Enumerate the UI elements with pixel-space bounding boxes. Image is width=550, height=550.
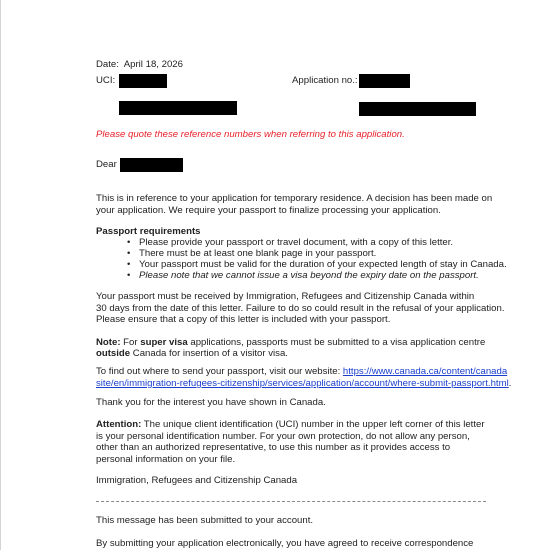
address-redaction [359, 102, 476, 116]
deadline-line-2: 30 days from the date of this letter. Fa… [96, 303, 505, 315]
note-line-2: outside Canada for insertion of a visito… [96, 348, 288, 360]
requirement-item: •Please provide your passport or travel … [96, 237, 507, 248]
deadline-line-3: Please ensure that a copy of this letter… [96, 314, 390, 326]
application-number-label: Application no.: [292, 75, 358, 87]
note-line-1: Note: For super visa applications, passp… [96, 337, 485, 349]
attention-label: Attention: [96, 419, 141, 430]
website-line-2: site/en/immigration-refugees-citizenship… [96, 378, 511, 390]
uci-redaction [119, 74, 167, 88]
salutation: Dear [96, 159, 117, 171]
passport-submission-link-continued[interactable]: site/en/immigration-refugees-citizenship… [96, 378, 509, 389]
recipient-redaction [120, 158, 183, 172]
dashed-separator [96, 501, 486, 502]
note-label: Note: [96, 337, 121, 348]
requirement-item: •Please note that we cannot issue a visa… [96, 270, 507, 281]
bullet-icon: • [127, 270, 130, 281]
letter-date: Date: April 18, 2026 [96, 59, 183, 71]
requirements-heading: Passport requirements [96, 226, 201, 238]
requirement-item: •Your passport must be valid for the dur… [96, 259, 507, 270]
passport-submission-link[interactable]: https://www.canada.ca/content/canada [343, 366, 507, 377]
deadline-line-1: Your passport must be received by Immigr… [96, 291, 474, 303]
page-left-border [0, 0, 1, 550]
attention-paragraph: Attention: The unique client identificat… [96, 419, 488, 465]
date-value: April 18, 2026 [124, 59, 183, 70]
reference-notice: Please quote these reference numbers whe… [96, 129, 405, 141]
signature: Immigration, Refugees and Citizenship Ca… [96, 475, 297, 487]
intro-paragraph: This is in reference to your application… [96, 193, 496, 216]
website-line-1: To find out where to send your passport,… [96, 366, 507, 378]
date-label: Date: [96, 59, 119, 70]
application-number-redaction [359, 74, 410, 88]
bullet-icon: • [127, 259, 130, 270]
footer-line-1: This message has been submitted to your … [96, 515, 313, 527]
requirements-list: •Please provide your passport or travel … [96, 237, 507, 281]
name-redaction [119, 101, 237, 115]
footer-line-2: By submitting your application electroni… [96, 538, 473, 550]
uci-label: UCI: [96, 75, 115, 87]
requirement-item: •There must be at least one blank page i… [96, 248, 507, 259]
bullet-icon: • [127, 248, 130, 259]
bullet-icon: • [127, 237, 130, 248]
thanks-line: Thank you for the interest you have show… [96, 397, 326, 409]
